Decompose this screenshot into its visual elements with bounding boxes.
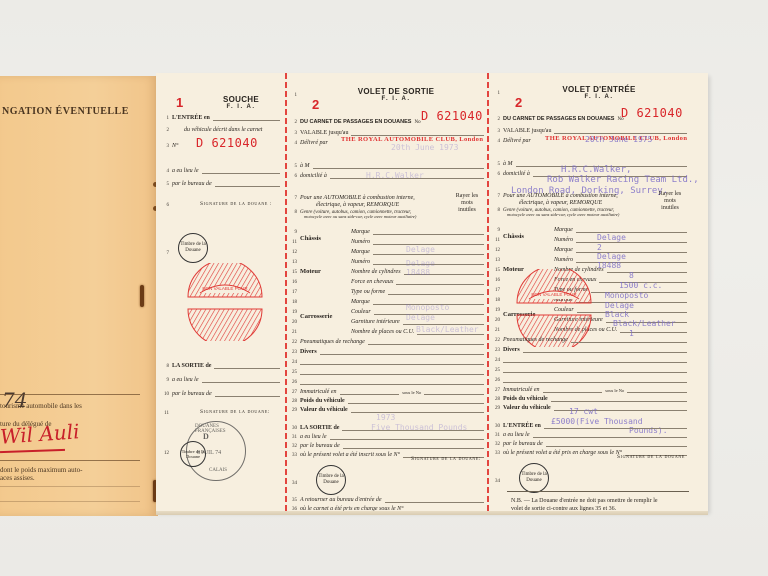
signature-label: Signature de la douane: xyxy=(200,409,270,415)
red-signature: Wil Auli xyxy=(0,419,80,448)
form-line: 4a eu lieu le xyxy=(160,168,280,174)
form-line: 27Immatriculé ensous le No xyxy=(491,387,687,393)
form-line: 13Numéro xyxy=(288,259,484,265)
form-line: 7Pour une AUTOMOBILE à combustion intern… xyxy=(491,193,651,199)
form-line: 22Pneumatiques de rechange xyxy=(288,339,484,345)
form-line: 35A retourner au bureau d'entrée de xyxy=(288,497,484,503)
signature-label: Signature de la douane : xyxy=(200,201,272,207)
form-text: électrique, à vapeur, REMORQUE xyxy=(316,202,399,208)
form-line: 9Marque xyxy=(491,227,687,233)
form-line: 31a eu lieu le xyxy=(288,434,484,440)
form-line: 23Divers xyxy=(288,349,484,355)
form-line: 1 xyxy=(288,93,308,98)
form-line: 32par le bureau de xyxy=(288,443,484,449)
form-line: 8LA SORTIE de xyxy=(160,363,280,369)
form-text: électrique, à vapeur, REMORQUE xyxy=(519,200,602,206)
form-line: 27Immatriculé ensous le No xyxy=(288,389,484,395)
typed-name: H.R.C.Walker xyxy=(366,171,424,180)
form-line: 2du véhicule décrit dans le carnet xyxy=(160,127,280,133)
divider xyxy=(507,491,689,492)
form-line: 3VALABLE jusqu'au xyxy=(491,128,687,134)
form-line: 22Pneumatiques de rechange xyxy=(491,337,687,343)
section-number: 2 xyxy=(312,97,319,112)
svg-text:NON VALABLE POUR: NON VALABLE POUR xyxy=(531,292,577,297)
form-line: 26 xyxy=(288,379,484,385)
form-line: 25 xyxy=(491,367,687,373)
volet-d-entree-section: 2 VOLET D'ENTRÉEF. I. A. 1 2 DU CARNET D… xyxy=(489,73,689,511)
form-line: 23Divers xyxy=(491,347,687,353)
typed-colour: Black xyxy=(605,310,629,319)
form-line: 5à M xyxy=(288,163,484,169)
divider xyxy=(0,486,140,487)
typed-value: 18488 xyxy=(597,261,621,270)
svg-text:NON VALABLE POUR: NON VALABLE POUR xyxy=(202,286,248,291)
form-line: 15Nombre de cylindres xyxy=(288,269,484,275)
cover-title: NGATION ÉVENTUELLE xyxy=(2,106,129,117)
typed-value: Black/Leather xyxy=(416,325,479,334)
non-valable-stamp-icon: NON VALABLE POUR xyxy=(186,263,264,341)
rayer-note: Rayer les mots inutiles xyxy=(454,193,480,214)
typed-engine-make: Delage xyxy=(597,233,626,242)
form-line: 7 xyxy=(160,251,180,256)
form-line: 1 xyxy=(491,91,511,96)
divider xyxy=(0,394,140,395)
signature-underline xyxy=(0,449,65,453)
typed-body-make: Delage xyxy=(605,301,634,310)
typed-value: 8 xyxy=(629,271,634,280)
form-line: 25 xyxy=(288,369,484,375)
section-title: VOLET DE SORTIEF. I. A. xyxy=(356,87,436,102)
typed-valid-until-date: 20th June 1975 xyxy=(585,135,652,144)
form-text: motocycle avec ou sans side-car, cycle a… xyxy=(304,214,416,219)
typed-body-type: Monoposto xyxy=(605,291,648,300)
document-photo: NGATION ÉVENTUELLE 74 tourisme automobil… xyxy=(0,0,768,576)
carnet-pages: 1 SOUCHEF. I. A. 1L'ENTRÉE en 2du véhicu… xyxy=(156,73,708,511)
form-line: 31a eu lieu le xyxy=(491,432,687,438)
serial-number: D 621040 xyxy=(421,109,483,123)
form-line: 6 xyxy=(160,203,190,208)
typed-value: Delage xyxy=(406,259,435,268)
nb-note: N.B. — La Douane d'entrée ne doit pas om… xyxy=(511,497,658,514)
form-line: 30LA SORTIE de xyxy=(288,425,484,431)
form-line: 30L'ENTRÉE en xyxy=(491,423,687,429)
cover-text: aces assises. xyxy=(0,474,35,482)
divider xyxy=(0,460,140,461)
form-line: 34 xyxy=(288,481,308,486)
section-number: 2 xyxy=(515,95,522,110)
form-line: 24 xyxy=(491,357,687,363)
form-line: 18Marque xyxy=(288,299,484,305)
issuer-name: THE ROYAL AUTOMOBILE CLUB, London xyxy=(341,136,483,143)
cover-page: NGATION ÉVENTUELLE 74 tourisme automobil… xyxy=(0,76,158,516)
form-line: 1L'ENTRÉE en xyxy=(160,115,280,121)
form-line: 24 xyxy=(288,359,484,365)
form-line: 12Marque xyxy=(288,249,484,255)
volet-de-sortie-section: 2 VOLET DE SORTIEF. I. A. 1 2 DU CARNET … xyxy=(286,73,486,511)
form-line: 34 xyxy=(491,479,511,484)
cover-text: dont le poids maximum auto- xyxy=(0,466,82,474)
form-line: 12Marque xyxy=(491,247,687,253)
form-line: 10par le bureau de xyxy=(160,391,280,397)
serial-number: D 621040 xyxy=(621,106,683,120)
section-title: VOLET D'ENTRÉEF. I. A. xyxy=(559,85,639,100)
form-line: 19Couleur xyxy=(288,309,484,315)
form-line: 17Type ou forme xyxy=(288,289,484,295)
rayer-note: Rayer les mots inutiles xyxy=(657,191,683,212)
typed-value: 18488 xyxy=(406,268,430,277)
typed-value: Delage xyxy=(406,245,435,254)
customs-stamp-circle: Timbre de la Douane xyxy=(180,441,206,467)
typed-upholstery: Black/Leather xyxy=(613,319,676,328)
typed-company: Rob Walker Racing Team Ltd., xyxy=(547,175,699,185)
form-line: 11Numéro xyxy=(491,237,687,243)
form-line: 11Numéro xyxy=(288,239,484,245)
section-number: 1 xyxy=(176,95,183,110)
form-line: 9Marque xyxy=(288,229,484,235)
typed-date: 20th June 1973 xyxy=(391,143,458,152)
non-valable-stamp-icon: NON VALABLE POUR xyxy=(515,269,593,347)
typed-weight: 17 cwt xyxy=(569,407,598,416)
signature-label: Signature de la douane xyxy=(617,454,685,460)
customs-stamp-circle: Timbre de la Douane xyxy=(519,463,549,493)
form-line: 9a eu lieu le xyxy=(160,377,280,383)
typed-value: Delage xyxy=(406,313,435,322)
form-line: 13Numéro xyxy=(491,257,687,263)
form-line: 26 xyxy=(491,377,687,383)
form-line: 28Poids du véhicule xyxy=(491,396,687,402)
cover-text: tourisme automobile dans les xyxy=(0,402,82,410)
divider xyxy=(0,501,140,502)
form-line: 16Force en chevaux xyxy=(288,279,484,285)
typed-value: Delage xyxy=(597,252,626,261)
form-line: 11 xyxy=(160,411,180,416)
signature-label: Signature de la douane: xyxy=(411,456,481,462)
form-line: 7Pour une AUTOMOBILE à combustion intern… xyxy=(288,195,448,201)
form-text: motocycle avec ou sans side-car, cycle a… xyxy=(507,212,619,217)
typed-value: Monoposto xyxy=(406,303,449,312)
section-title: SOUCHEF. I. A. xyxy=(216,95,266,110)
customs-stamp-circle: Timbre de la Douane xyxy=(316,465,346,495)
staple xyxy=(140,285,144,307)
form-line: 5par le bureau de xyxy=(160,181,280,187)
serial-number: D 621040 xyxy=(196,136,258,150)
customs-stamp-circle: Timbre de la Douane xyxy=(178,233,208,263)
souche-section: 1 SOUCHEF. I. A. 1L'ENTRÉE en 2du véhicu… xyxy=(156,73,284,511)
form-line: 28Poids du véhicule xyxy=(288,398,484,404)
typed-value: 1973 xyxy=(376,413,395,422)
form-line: 36où le carnet a été pris en charge sous… xyxy=(288,506,484,512)
typed-owner-name: H.R.C.Walker, xyxy=(561,165,631,175)
form-line: 12 xyxy=(160,451,180,456)
typed-engine-number: 2 xyxy=(597,243,602,252)
form-line: 32par le bureau de xyxy=(491,441,687,447)
